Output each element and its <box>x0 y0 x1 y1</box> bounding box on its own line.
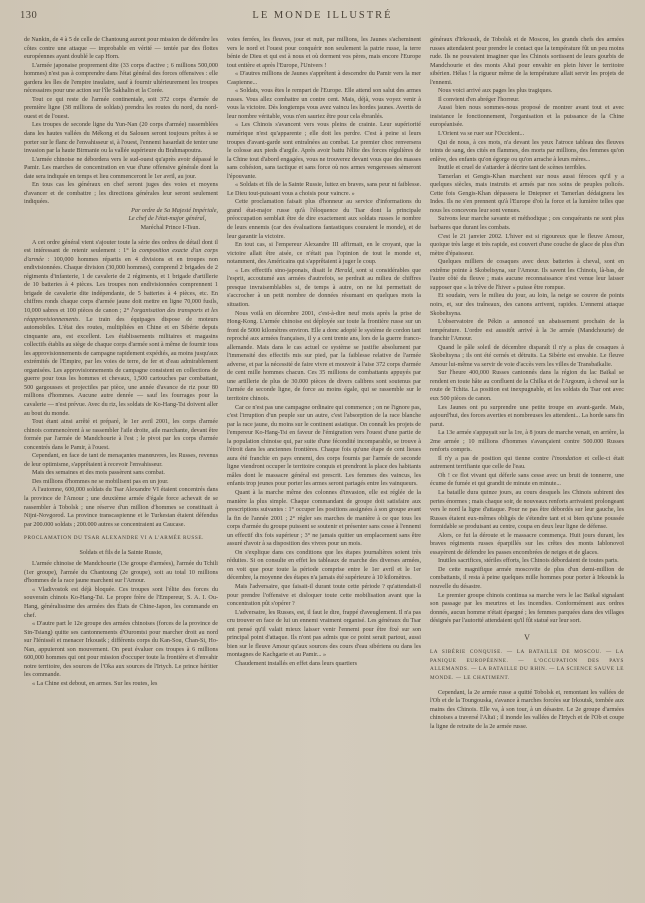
paragraph: Il convient d'en abréger l'horreur. <box>430 96 624 105</box>
paragraph: voies ferrées, les fleuves, jour et nuit… <box>227 36 421 70</box>
salutation: Soldats et fils de la Sainte Russie, <box>24 549 218 558</box>
paragraph: L'armée chinoise de Mandchourie (13e gro… <box>24 560 218 586</box>
paragraph: Mais des semaines et des mois passèrent … <box>24 469 218 478</box>
paragraph: La 13e armée s'appuyait sur la 1re, à 8 … <box>430 429 624 455</box>
column-right: généraux d'Irkoustk, de Tobolsk et de Mo… <box>430 36 624 896</box>
paragraph: Nous voilà en décembre 2001, c'est-à-dir… <box>227 310 421 404</box>
paragraph: Cependant, la 2e armée russe a quitté To… <box>430 689 624 732</box>
text-columns: de Nankin, de 4 à 5 de celle de Chantoun… <box>24 36 624 896</box>
paragraph: Les Jaunes ont pu surprendre une petite … <box>430 404 624 430</box>
paragraph: Aussi bien nous sommes-nous proposé de m… <box>430 104 624 130</box>
paragraph: Nous voici arrivé aux pages les plus tra… <box>430 87 624 96</box>
paragraph: Qui de nous, à ces mots, n'a devant les … <box>430 139 624 165</box>
paragraph: Les troupes de seconde ligne du Yun-Nan … <box>24 121 218 155</box>
paragraph: Oh ! ce flot vivant qui déferle sans ces… <box>430 472 624 489</box>
paragraph: Car ce n'est pas une campagne ordinaire … <box>227 404 421 489</box>
paragraph: Suivons leur marche savante et méthodiqu… <box>430 215 624 232</box>
paragraph: de Nankin, de 4 à 5 de celle de Chantoun… <box>24 36 218 62</box>
section-number: V <box>430 634 624 643</box>
column-left: de Nankin, de 4 à 5 de celle de Chantoun… <box>24 36 218 896</box>
paragraph: L'armée japonaise proprement dite (33 co… <box>24 62 218 96</box>
paragraph: De cette magnifique armée moscovite de p… <box>430 566 624 592</box>
paragraph: A l'automne, 600,000 soldats du Tsar Ale… <box>24 486 218 529</box>
paragraph: En tous cas les généraux en chef seront … <box>24 181 218 207</box>
page-header: 130 LE MONDE ILLUSTRÉ <box>20 10 625 26</box>
paragraph: Des millions d'hommes ne se mobilisent p… <box>24 478 218 487</box>
paragraph: Il n'y a pas de position qui tienne cont… <box>430 455 624 472</box>
paragraph: Tamerlan et Gengis-Khan marchent sur nou… <box>430 173 624 216</box>
paragraph: Le premier groupe chinois continua sa ma… <box>430 592 624 626</box>
paragraph: Inutile et cruel de s'attarder à décrire… <box>430 164 624 173</box>
paragraph: En tout cas, si l'empereur Alexandre III… <box>227 241 421 267</box>
paragraph: « D'autre part le 12e groupe des armées … <box>24 620 218 680</box>
paragraph: « Soldats et fils de la Sainte Russie, l… <box>227 181 421 198</box>
paragraph: généraux d'Irkoustk, de Tobolsk et de Mo… <box>430 36 624 87</box>
paragraph: Tout étant ainsi arrêté et préparé, le 1… <box>24 418 218 452</box>
paragraph: « Vladivostok est déjà bloquée. Ces trou… <box>24 586 218 620</box>
paragraph: Quelques milliers de cosaques avec deux … <box>430 258 624 292</box>
running-title: LE MONDE ILLUSTRÉ <box>20 10 625 21</box>
paragraph: Sur l'heure 400,000 Russes cantonnés dan… <box>430 369 624 403</box>
paragraph: Cette proclamation faisait plus d'honneu… <box>227 198 421 241</box>
paragraph: L'adversaire, les Russes, est, il faut l… <box>227 609 421 660</box>
signature-line: Le chef de l'état-major général, <box>24 215 218 224</box>
paragraph: Quand le pâle soleil de décembre dispara… <box>430 344 624 370</box>
column-middle: voies ferrées, les fleuves, jour et nuit… <box>227 36 421 896</box>
paragraph: C'est le 21 janvier 2002. L'hiver est si… <box>430 233 624 259</box>
paragraph: La bataille dura quinze jours, au cours … <box>430 489 624 532</box>
signature-line: Par ordre de Sa Majesté Impériale, <box>24 207 218 216</box>
paragraph: « Les Chinois s'avancent vers vous plein… <box>227 121 421 181</box>
paragraph: Alors, ce fut la déroute et le massacre … <box>430 532 624 558</box>
paragraph: « D'autres millions de Jaunes s'apprêten… <box>227 70 421 87</box>
paragraph: Chaudement installés en effet dans leurs… <box>227 660 421 669</box>
paragraph: « La Chine est debout, en armes. Sur les… <box>24 680 218 689</box>
paragraph: Inutiles sacrifices, stériles efforts, l… <box>430 557 624 566</box>
newspaper-page: 130 LE MONDE ILLUSTRÉ de Nankin, de 4 à … <box>0 0 645 903</box>
paragraph: Cependant, en face de tant de menaçantes… <box>24 452 218 469</box>
paragraph: « Soldats, vous êtes le rempart de l'Eur… <box>227 87 421 121</box>
proclamation-heading: PROCLAMATION DU TSAR ALEXANDRE VI A L'AR… <box>24 534 218 543</box>
paragraph: L'Orient va se ruer sur l'Occident... <box>430 130 624 139</box>
paragraph: Et soudain, vers le milieu du jour, au l… <box>430 292 624 318</box>
paragraph: « Les effectifs sino-japonais, disait le… <box>227 267 421 310</box>
paragraph: Quant à la marche même des colonnes d'in… <box>227 489 421 549</box>
paragraph: L'armée chinoise ne débordera vers le su… <box>24 156 218 182</box>
paragraph: Tout ce qui reste de l'armée continental… <box>24 96 218 122</box>
paragraph: A cet ordre général vient s'ajouter tout… <box>24 239 218 418</box>
paragraph: On s'explique dans ces conditions que le… <box>227 549 421 583</box>
paragraph: Mais l'adversaire, que faisait-il durant… <box>227 583 421 609</box>
paragraph: L'observatoire de Pékin a annoncé un aba… <box>430 318 624 344</box>
signature-name: Maréchal Prince I-Tsun. <box>24 224 218 233</box>
chapter-summary: LA SIBÉRIE CONQUISE. — LA BATAILLE DE MO… <box>430 648 624 682</box>
